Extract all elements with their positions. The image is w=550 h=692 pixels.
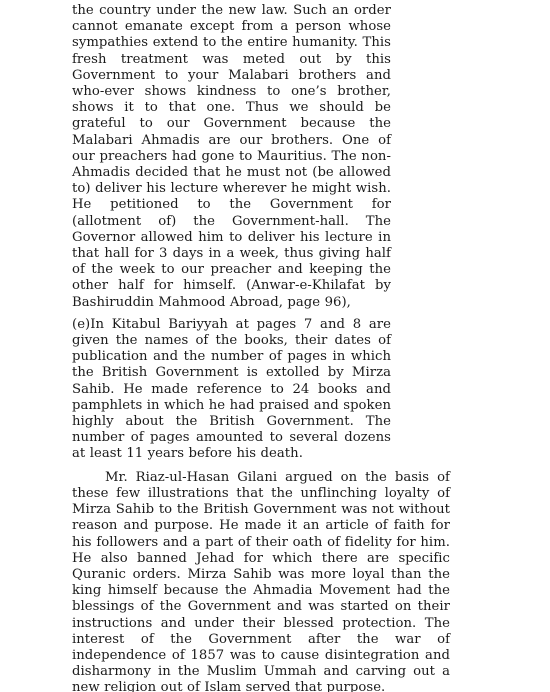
document-page: the country under the new law. Such an o… xyxy=(72,3,452,692)
paragraph-gilani-argument: Mr. Riaz-ul-Hasan Gilani argued on the b… xyxy=(72,470,450,692)
paragraph-kitabul-bariyyah: (e)In Kitabul Bariyyah at pages 7 and 8 … xyxy=(72,317,391,463)
paragraph-anwar-e-khilafat-quote: the country under the new law. Such an o… xyxy=(72,3,391,311)
